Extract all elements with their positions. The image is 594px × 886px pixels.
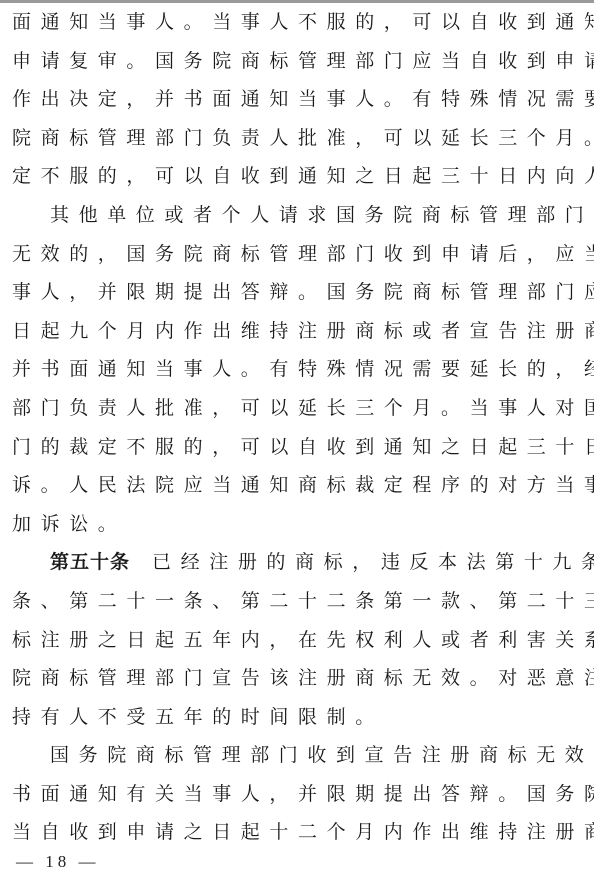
text-line: 书面通知有关当事人，并限期提出答辩。国务院商标管理部门应	[12, 775, 584, 814]
text-line: 事人，并限期提出答辩。国务院商标管理部门应当自收到申请之	[12, 273, 584, 312]
text-line: 持有人不受五年的时间限制。	[12, 698, 584, 737]
paragraph: 国务院商标管理部门收到宣告注册商标无效的申请后，应当 书面通知有关当事人，并限期…	[12, 736, 584, 852]
article-heading: 第五十条	[50, 551, 130, 573]
text-line: 标注册之日起五年内，在先权利人或者利害关系人可以请求国务	[12, 621, 584, 660]
text-line: 并书面通知当事人。有特殊情况需要延长的，经国务院商标管理	[12, 350, 584, 389]
text-line: 条、第二十一条、第二十二条第一款、第二十三条规定的，自商	[12, 582, 584, 621]
paragraph: 面通知当事人。当事人不服的，可以自收到通知之日起十五日内 申请复审。国务院商标管…	[12, 3, 584, 196]
article-50: 第五十条已经注册的商标，违反本法第十九条、第二十 条、第二十一条、第二十二条第一…	[12, 543, 584, 736]
text-line: 日起九个月内作出维持注册商标或者宣告注册商标无效的裁定，	[12, 312, 584, 351]
text-line: 门的裁定不服的，可以自收到通知之日起三十日内向人民法院起	[12, 428, 584, 467]
text-line: 面通知当事人。当事人不服的，可以自收到通知之日起十五日内	[12, 3, 584, 42]
document-page: 面通知当事人。当事人不服的，可以自收到通知之日起十五日内 申请复审。国务院商标管…	[12, 3, 584, 852]
text-line: 加诉讼。	[12, 505, 584, 544]
text-line: 院商标管理部门负责人批准，可以延长三个月。当事人对复审决	[12, 119, 584, 158]
text-line: 定不服的，可以自收到通知之日起三十日内向人民法院起诉。	[12, 157, 584, 196]
text-line: 其他单位或者个人请求国务院商标管理部门宣告该注册商标	[12, 196, 584, 235]
text-line: 第五十条已经注册的商标，违反本法第十九条、第二十	[12, 543, 584, 582]
text-line: 申请复审。国务院商标管理部门应当自收到申请之日起九个月内	[12, 42, 584, 81]
article-first-line: 已经注册的商标，违反本法第十九条、第二十	[152, 551, 594, 573]
page-number: — 18 —	[16, 852, 100, 872]
text-line: 作出决定，并书面通知当事人。有特殊情况需要延长的，经国务	[12, 80, 584, 119]
text-line: 无效的，国务院商标管理部门收到申请后，应当书面通知有关当	[12, 235, 584, 274]
text-line: 部门负责人批准，可以延长三个月。当事人对国务院商标管理部	[12, 389, 584, 428]
text-line: 当自收到申请之日起十二个月内作出维持注册商标或者宣告注册	[12, 813, 584, 852]
text-line: 国务院商标管理部门收到宣告注册商标无效的申请后，应当	[12, 736, 584, 775]
text-line: 院商标管理部门宣告该注册商标无效。对恶意注册的，驰名商标	[12, 659, 584, 698]
text-line: 诉。人民法院应当通知商标裁定程序的对方当事人作为第三人参	[12, 466, 584, 505]
paragraph: 其他单位或者个人请求国务院商标管理部门宣告该注册商标 无效的，国务院商标管理部门…	[12, 196, 584, 543]
